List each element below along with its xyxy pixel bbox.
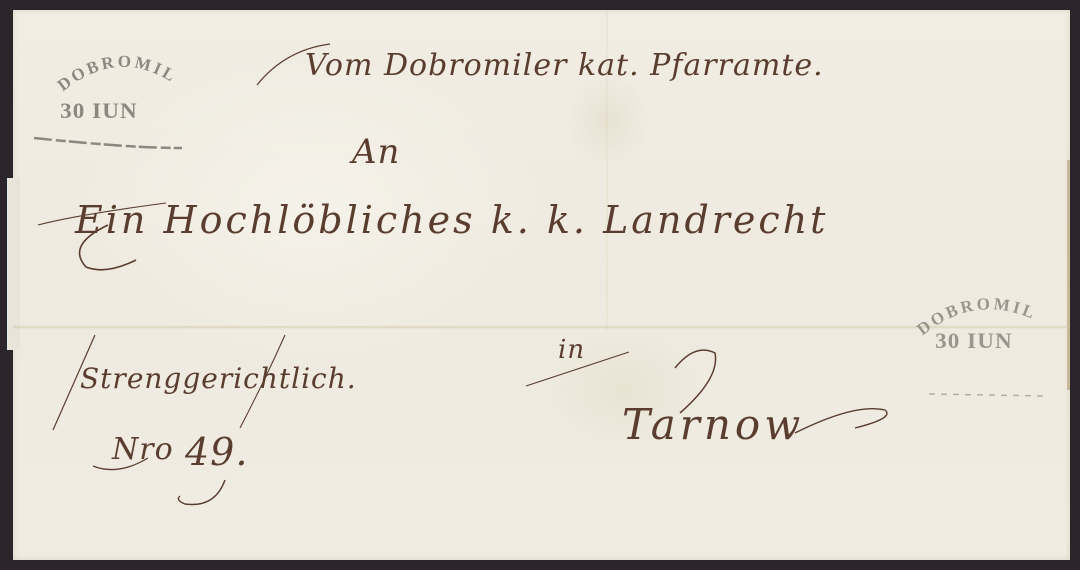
letter-edge: [1067, 160, 1070, 390]
postmark-dash-line: [927, 388, 1057, 402]
recipient-flourish: [36, 195, 176, 275]
endorsement-flourish: [45, 330, 345, 440]
sender-line: Vom Dobromiler kat. Pfarramte.: [305, 48, 824, 83]
postmark-date: 30 IUN: [60, 98, 138, 124]
sender-flourish: [255, 40, 335, 90]
postmark-top-left: DOBROMIL 30 IUN: [40, 38, 210, 163]
address-salutation: An: [352, 132, 400, 172]
postmark-date: 30 IUN: [935, 328, 1013, 354]
postmark-dash-line: [32, 132, 192, 152]
postmark-right: DOBROMIL 30 IUN: [912, 288, 1062, 398]
city-flourish: [615, 338, 915, 458]
svg-text:DOBROMIL: DOBROMIL: [54, 52, 181, 95]
address-recipient: Ein Hochlöbliches k. k. Landrecht: [75, 198, 828, 242]
nine-tail: [170, 478, 260, 518]
postmark-town: DOBROMIL: [54, 52, 181, 95]
